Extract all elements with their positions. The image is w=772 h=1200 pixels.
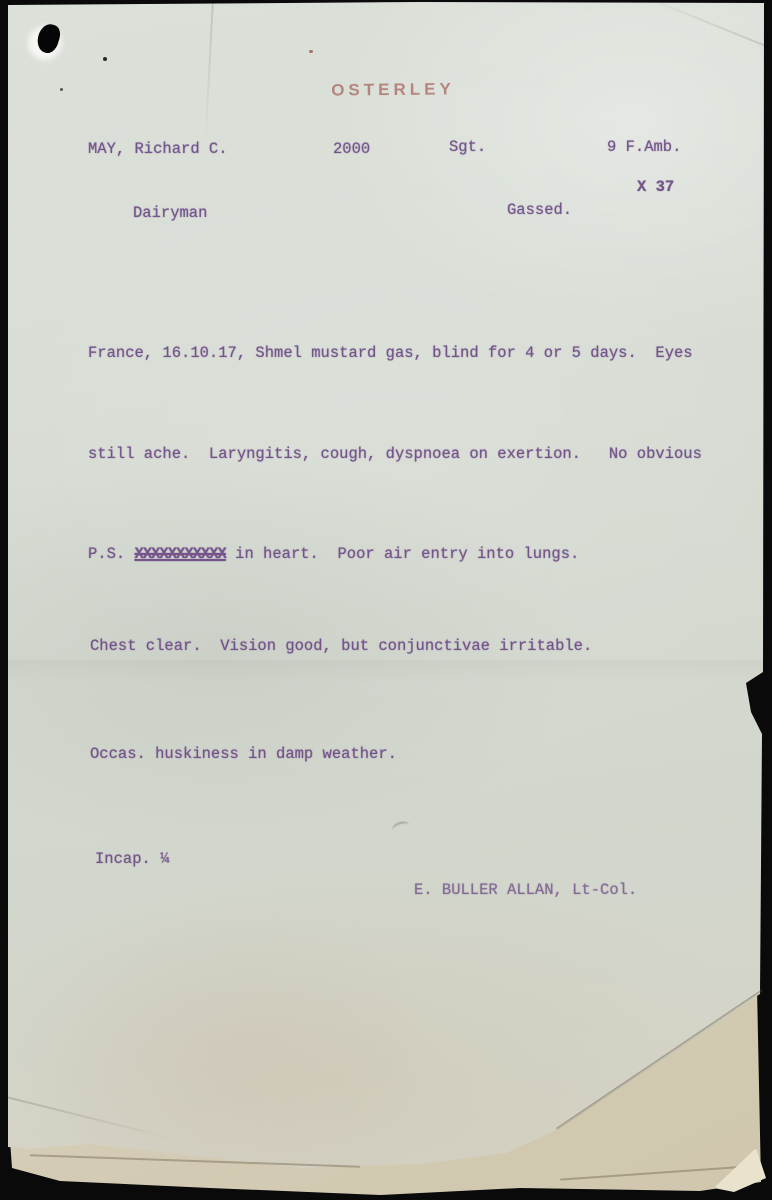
history-line-1: France, 16.10.17, Shmel mustard gas, bli…	[88, 337, 702, 371]
unit: 9 F.Amb.	[607, 131, 681, 165]
paper-crease	[639, 0, 772, 56]
case-number: X 37	[637, 171, 674, 205]
rank: Sgt.	[449, 131, 486, 165]
ink-speck	[103, 57, 107, 61]
service-number: 2000	[333, 133, 370, 167]
incapacity-assessment: Incap. ¼	[95, 843, 169, 877]
signature: E. BULLER ALLAN, Lt-Col.	[414, 874, 637, 908]
condition: Gassed.	[507, 194, 572, 228]
osterley-stamp: OSTERLEY	[318, 79, 468, 101]
examination-line-1: Chest clear. Vision good, but conjunctiv…	[90, 628, 592, 664]
ink-speck	[60, 88, 63, 91]
examination-line-2: Occas. huskiness in damp weather.	[90, 736, 592, 772]
occupation: Dairyman	[133, 197, 207, 231]
red-speck	[309, 50, 313, 53]
history-line-2: still ache. Laryngitis, cough, dyspnoea …	[88, 438, 702, 472]
paper-crease	[204, 0, 214, 150]
paper-crease	[0, 1092, 174, 1140]
examination-paragraph: Chest clear. Vision good, but conjunctiv…	[90, 556, 592, 844]
patient-name: MAY, Richard C.	[88, 133, 228, 167]
scanned-document-page: OSTERLEY MAY, Richard C. 2000 Sgt. 9 F.A…	[0, 0, 772, 1200]
